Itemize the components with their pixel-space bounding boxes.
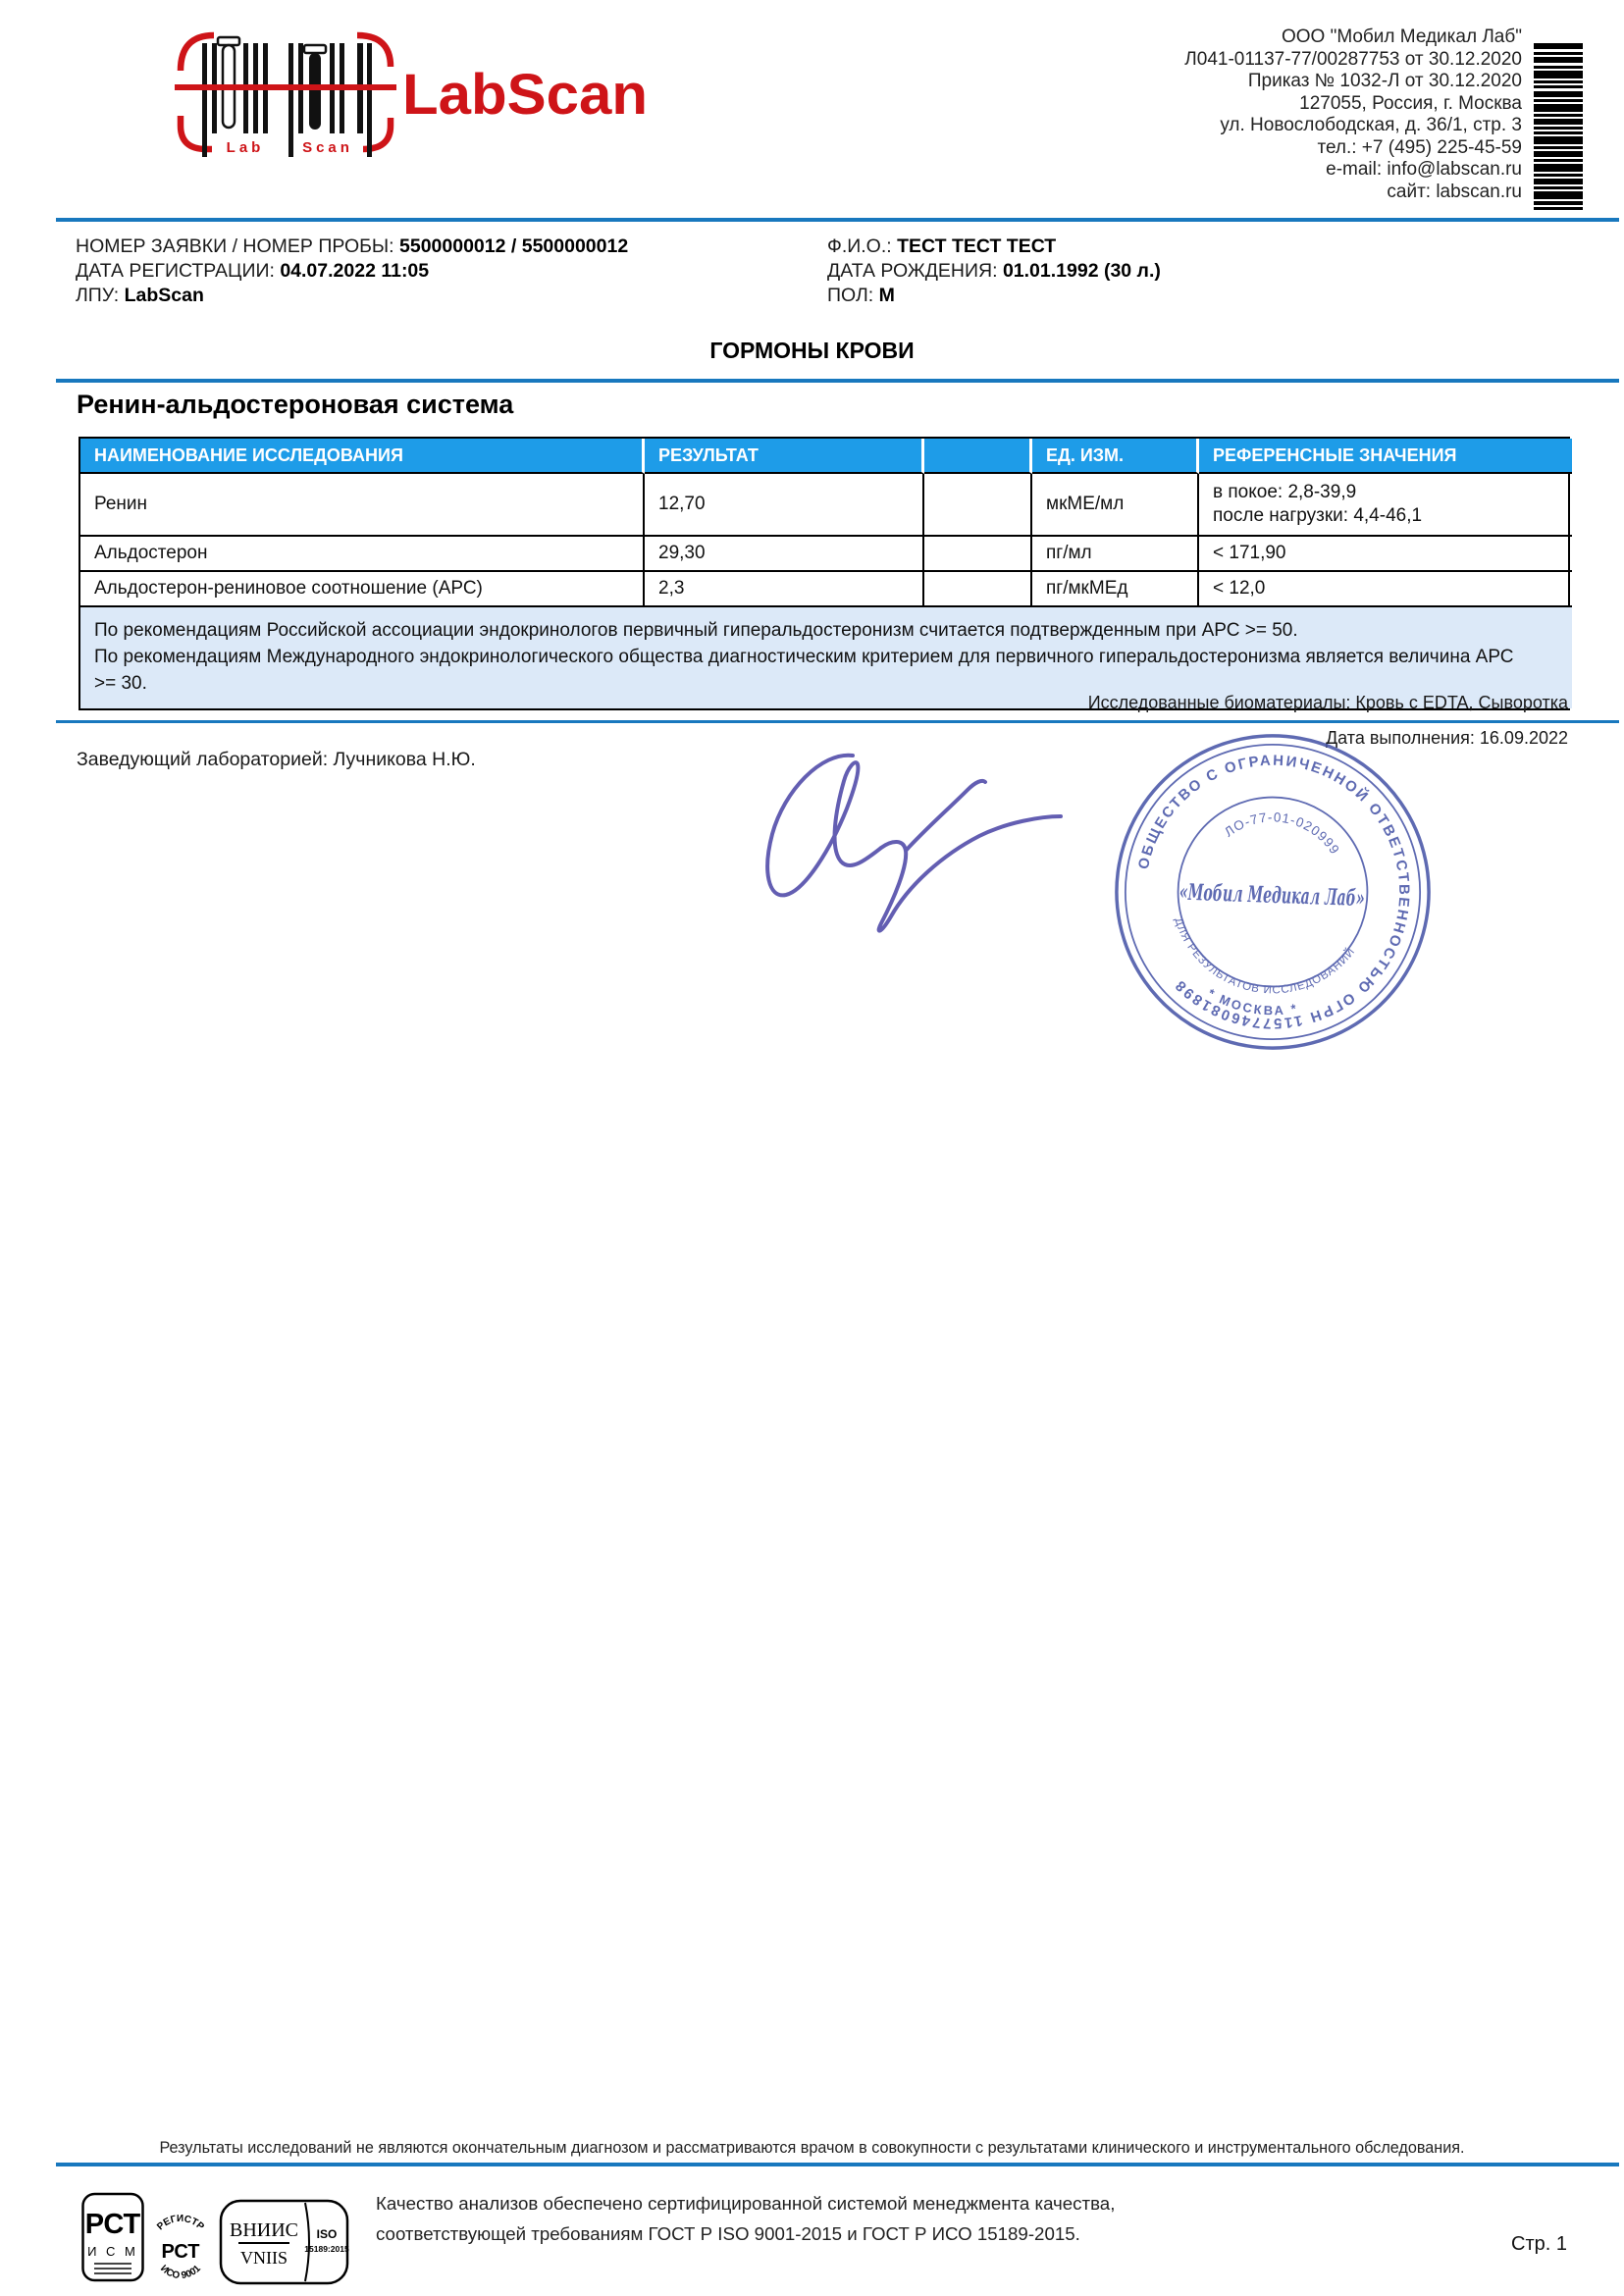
- analyte-flag: [924, 572, 1032, 607]
- svg-text:И С М: И С М: [87, 2244, 138, 2259]
- svg-text:РСТ: РСТ: [85, 2209, 141, 2240]
- stamp-center-name: «Мобил Медикал Лаб»: [1179, 880, 1365, 913]
- column-header-reference: РЕФЕРЕНСНЫЕ ЗНАЧЕНИЯ: [1199, 439, 1572, 474]
- company-street: ул. Новослободская, д. 36/1, стр. 3: [1184, 115, 1522, 137]
- analyte-units: пг/мкМЕд: [1032, 572, 1199, 607]
- divider: [56, 720, 1619, 723]
- rst-ism-badge-icon: РСТ И С М: [81, 2188, 144, 2286]
- vniis-badge-icon: ВНИИС VNIIS ISO 15189:2015: [219, 2197, 349, 2287]
- svg-text:РСТ: РСТ: [161, 2241, 199, 2263]
- company-license: Л041-01137-77/00287753 от 30.12.2020: [1184, 49, 1522, 72]
- analyte-reference: в покое: 2,8-39,9 после нагрузки: 4,4-46…: [1199, 474, 1572, 537]
- analyte-name: Альдостерон: [80, 537, 645, 572]
- company-info: ООО "Мобил Медикал Лаб" Л041-01137-77/00…: [1184, 26, 1522, 203]
- logo-wordmark: LabScan: [402, 63, 648, 127]
- divider: [56, 379, 1619, 383]
- column-header-result: РЕЗУЛЬТАТ: [645, 439, 924, 474]
- biomaterials-line: Исследованные биоматериалы: Кровь с EDTA…: [1088, 693, 1568, 713]
- sex-line: ПОЛ: М: [827, 284, 1161, 308]
- stamp-license: ЛО-77-01-020999: [1220, 801, 1347, 860]
- lab-report-page: Lab Scan LabScan ООО "Мобил Медикал Лаб"…: [0, 0, 1624, 2296]
- analyte-flag: [924, 474, 1032, 537]
- company-phone: тел.: +7 (495) 225-45-59: [1184, 137, 1522, 160]
- svg-text:ISO: ISO: [317, 2227, 338, 2241]
- svg-text:VNIIS: VNIIS: [240, 2248, 288, 2268]
- svg-text:ИСО 9001: ИСО 9001: [158, 2263, 203, 2281]
- labscan-logo-icon: Lab Scan LabScan: [116, 26, 651, 159]
- logo-caption-right: Scan: [302, 139, 353, 156]
- svg-text:ВНИИС: ВНИИС: [230, 2219, 298, 2241]
- lab-stamp-icon: ОБЩЕСТВО С ОГРАНИЧЕННОЙ ОТВЕТСТВЕННОСТЬЮ…: [1107, 726, 1439, 1058]
- quality-line-2: соответствующей требованиям ГОСТ Р ISO 9…: [376, 2218, 1115, 2249]
- lpu-line: ЛПУ: LabScan: [76, 284, 628, 308]
- birth-date-line: ДАТА РОЖДЕНИЯ: 01.01.1992 (30 л.): [827, 259, 1161, 284]
- table-row: Альдостерон 29,30 пг/мл < 171,90: [80, 537, 1572, 572]
- registration-date-line: ДАТА РЕГИСТРАЦИИ: 04.07.2022 11:05: [76, 259, 628, 284]
- company-email: e-mail: info@labscan.ru: [1184, 159, 1522, 182]
- quality-line-1: Качество анализов обеспечено сертифициро…: [376, 2188, 1115, 2218]
- analyte-name: Ренин: [80, 474, 645, 537]
- column-header-name: НАИМЕНОВАНИЕ ИССЛЕДОВАНИЯ: [80, 439, 645, 474]
- divider: [56, 218, 1619, 222]
- barcode-icon: [1534, 43, 1583, 210]
- svg-text:РЕГИСТР: РЕГИСТР: [155, 2214, 206, 2233]
- analyte-units: пг/мл: [1032, 537, 1199, 572]
- divider: [56, 2163, 1619, 2166]
- analyte-units: мкМЕ/мл: [1032, 474, 1199, 537]
- patient-name-line: Ф.И.О.: ТЕСТ ТЕСТ ТЕСТ: [827, 235, 1161, 259]
- company-city: 127055, Россия, г. Москва: [1184, 93, 1522, 116]
- table-row: Ренин 12,70 мкМЕ/мл в покое: 2,8-39,9 по…: [80, 474, 1572, 537]
- company-name: ООО "Мобил Медикал Лаб": [1184, 26, 1522, 49]
- column-header-flag: [924, 439, 1032, 474]
- order-number-line: НОМЕР ЗАЯВКИ / НОМЕР ПРОБЫ: 5500000012 /…: [76, 235, 628, 259]
- note-line-1: По рекомендациям Российской ассоциации э…: [94, 617, 1533, 644]
- lab-head-line: Заведующий лабораторией: Лучникова Н.Ю.: [77, 749, 476, 771]
- company-site: сайт: labscan.ru: [1184, 182, 1522, 204]
- analyte-name: Альдостерон-рениновое соотношение (АРС): [80, 572, 645, 607]
- results-table: НАИМЕНОВАНИЕ ИССЛЕДОВАНИЯ РЕЗУЛЬТАТ ЕД. …: [79, 437, 1570, 710]
- order-info: НОМЕР ЗАЯВКИ / НОМЕР ПРОБЫ: 5500000012 /…: [76, 235, 628, 308]
- column-header-units: ЕД. ИЗМ.: [1032, 439, 1199, 474]
- note-line-2: По рекомендациям Международного эндокрин…: [94, 644, 1533, 697]
- company-order: Приказ № 1032-Л от 30.12.2020: [1184, 71, 1522, 93]
- analyte-reference: < 171,90: [1199, 537, 1572, 572]
- test-tube-icon: [218, 37, 239, 128]
- footer-disclaimer: Результаты исследований не являются окон…: [0, 2139, 1624, 2158]
- table-row: Альдостерон-рениновое соотношение (АРС) …: [80, 572, 1572, 607]
- analyte-flag: [924, 537, 1032, 572]
- logo-caption-left: Lab: [227, 139, 265, 156]
- report-title: ГОРМОНЫ КРОВИ: [0, 338, 1624, 364]
- registr-iso9001-badge-icon: РЕГИСТР РСТ ИСО 9001: [152, 2205, 209, 2289]
- analyte-reference: < 12,0: [1199, 572, 1572, 607]
- svg-text:15189:2015: 15189:2015: [304, 2244, 349, 2254]
- analyte-result: 29,30: [645, 537, 924, 572]
- analyte-result: 2,3: [645, 572, 924, 607]
- section-title: Ренин-альдостероновая система: [77, 390, 513, 420]
- svg-text:ЛО-77-01-020999: ЛО-77-01-020999: [1220, 801, 1347, 860]
- patient-info: Ф.И.О.: ТЕСТ ТЕСТ ТЕСТ ДАТА РОЖДЕНИЯ: 01…: [827, 235, 1161, 308]
- table-header-row: НАИМЕНОВАНИЕ ИССЛЕДОВАНИЯ РЕЗУЛЬТАТ ЕД. …: [80, 439, 1572, 474]
- logo-scan-line: [175, 84, 396, 90]
- analyte-result: 12,70: [645, 474, 924, 537]
- quality-statement: Качество анализов обеспечено сертифициро…: [376, 2188, 1115, 2249]
- signature-icon: [751, 734, 1074, 945]
- page-number: Стр. 1: [1511, 2233, 1567, 2256]
